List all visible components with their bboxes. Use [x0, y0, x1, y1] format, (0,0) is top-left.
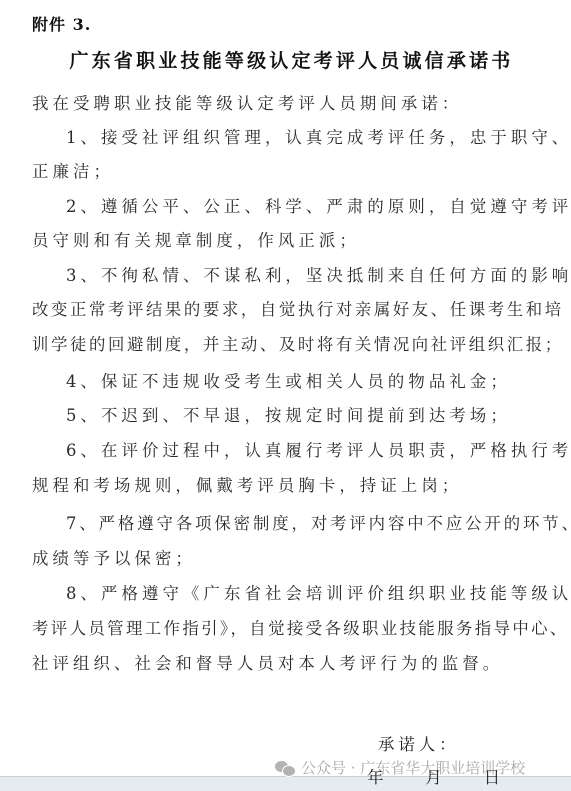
- attachment-label: 附件 3.: [32, 12, 91, 35]
- pledge-line: 正廉洁；: [32, 162, 114, 182]
- intro-paragraph: 我在受聘职业技能等级认定考评人员期间承诺：: [32, 94, 462, 114]
- pledge-line: 1、接受社评组织管理，认真完成考评任务，忠于职守、公: [66, 128, 571, 148]
- date-line: 年月日: [367, 764, 500, 788]
- pledge-line: 成绩等予以保密；: [32, 549, 196, 569]
- pledge-line: 5、不迟到、不早退，按规定时间提前到达考场；: [66, 406, 511, 426]
- signer-label: 承诺人：: [378, 731, 460, 755]
- pledge-line: 训学徒的回避制度，并主动、及时将有关情况向社评组织汇报；: [32, 335, 564, 355]
- date-year: 年: [367, 764, 383, 788]
- pledge-line: 考评人员管理工作指引》，自觉接受各级职业技能服务指导中心、: [32, 619, 569, 639]
- pledge-line: 员守则和有关规章制度，作风正派；: [32, 231, 360, 251]
- date-day: 日: [484, 764, 500, 788]
- pledge-line: 4、保证不违规收受考生或相关人员的物品礼金；: [66, 372, 511, 392]
- pledge-line: 7、严格遵守各项保密制度，对考评内容中不应公开的环节、: [66, 514, 571, 534]
- wechat-icon: [275, 760, 295, 776]
- document-page: 附件 3. 广东省职业技能等级认定考评人员诚信承诺书 我在受聘职业技能等级认定考…: [0, 0, 571, 776]
- pledge-line: 3、不徇私情、不谋私利，坚决抵制来自任何方面的影响或: [66, 266, 571, 286]
- pledge-line: 2、遵循公平、公正、科学、严肃的原则，自觉遵守考评人: [66, 197, 571, 217]
- pledge-line: 6、在评价过程中，认真履行考评人员职责，严格执行考务: [66, 441, 571, 461]
- pledge-line: 社评组织、社会和督导人员对本人考评行为的监督。: [32, 654, 503, 674]
- pledge-line: 规程和考场规则，佩戴考评员胸卡，持证上岗；: [32, 476, 462, 496]
- pledge-line: 8、严格遵守《广东省社会培训评价组织职业技能等级认定: [66, 584, 571, 604]
- pledge-line: 改变正常考评结果的要求，自觉执行对亲属好友、任课考生和培: [32, 300, 564, 320]
- date-month: 月: [425, 764, 441, 788]
- document-title: 广东省职业技能等级认定考评人员诚信承诺书: [0, 46, 571, 73]
